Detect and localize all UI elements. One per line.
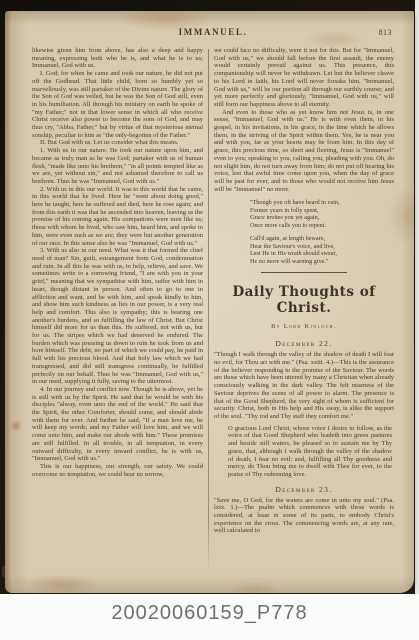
right-column: we could face no difficulty, were it not… xyxy=(214,47,394,571)
paragraph: This is our happiness, our strength, our… xyxy=(32,463,203,478)
paragraph: we could face no difficulty, were it not… xyxy=(214,47,394,109)
paragraph: I. God; for when he came and took our na… xyxy=(32,70,203,139)
paragraph: 1. With us in our nature. He took our na… xyxy=(32,147,203,186)
left-column: likewise given him from above, has also … xyxy=(32,47,203,571)
hymn-line: He no more will warning give." xyxy=(250,258,394,266)
paragraph: 2. With us in this our world. It was to … xyxy=(32,186,203,248)
page-number: 813 xyxy=(379,28,393,37)
section-divider-rule xyxy=(261,272,347,273)
article-title: Daily Thoughts of Christ. xyxy=(214,284,394,316)
article-byline: By Lord Kinloch. xyxy=(214,323,394,330)
paragraph: "Save me, O God, for the waters are come… xyxy=(214,497,394,536)
book-page: IMMANUEL. 813 likewise given him from ab… xyxy=(5,11,414,593)
paragraph: "Though I walk through the valley of the… xyxy=(214,351,394,420)
scan-footer-strip: 20020060159_P778 xyxy=(0,594,419,640)
prayer-paragraph: O gracious Lord Christ, whose voice I de… xyxy=(228,425,392,479)
hymn-line: Once more calls you to repent. xyxy=(250,222,394,230)
two-column-text-block: likewise given him from above, has also … xyxy=(32,47,394,571)
scanned-book-page-photo: IMMANUEL. 813 likewise given him from ab… xyxy=(0,0,419,640)
hymn-line: Former years in folly spent, xyxy=(250,207,394,215)
hymn-quote: "Though you oft have heard in vain, Form… xyxy=(250,199,394,265)
date-heading: December 22. xyxy=(214,339,394,348)
paragraph: likewise given him from above, has also … xyxy=(32,47,203,70)
paragraph: II. But God with us. Let us consider wha… xyxy=(32,139,203,147)
scan-edge-right xyxy=(415,0,419,594)
archive-id-label: 20020060159_P778 xyxy=(0,602,419,625)
running-head-title: IMMANUEL. xyxy=(32,27,394,37)
column-divider xyxy=(208,49,209,571)
hymn-line: Call'd again, at length beware, xyxy=(250,235,394,243)
paragraph: 3. With us also in our need. What was it… xyxy=(32,247,203,386)
date-heading: December 23. xyxy=(214,485,394,494)
hymn-line: Grace invites you yet again, xyxy=(250,214,394,222)
hymn-line: Lest He in His wrath should swear, xyxy=(250,250,394,258)
hymn-stanza: Call'd again, at length beware, Hear the… xyxy=(250,235,394,265)
hymn-stanza: "Though you oft have heard in vain, Form… xyxy=(250,199,394,229)
hymn-line: "Though you oft have heard in vain, xyxy=(250,199,394,207)
paragraph: And even to those who as yet know him no… xyxy=(214,109,394,194)
page-header: IMMANUEL. 813 xyxy=(32,27,394,43)
hymn-line: Hear the Saviour's voice, and live, xyxy=(250,243,394,251)
paragraph: 4. In our journey and conflict now. Thou… xyxy=(32,386,203,463)
